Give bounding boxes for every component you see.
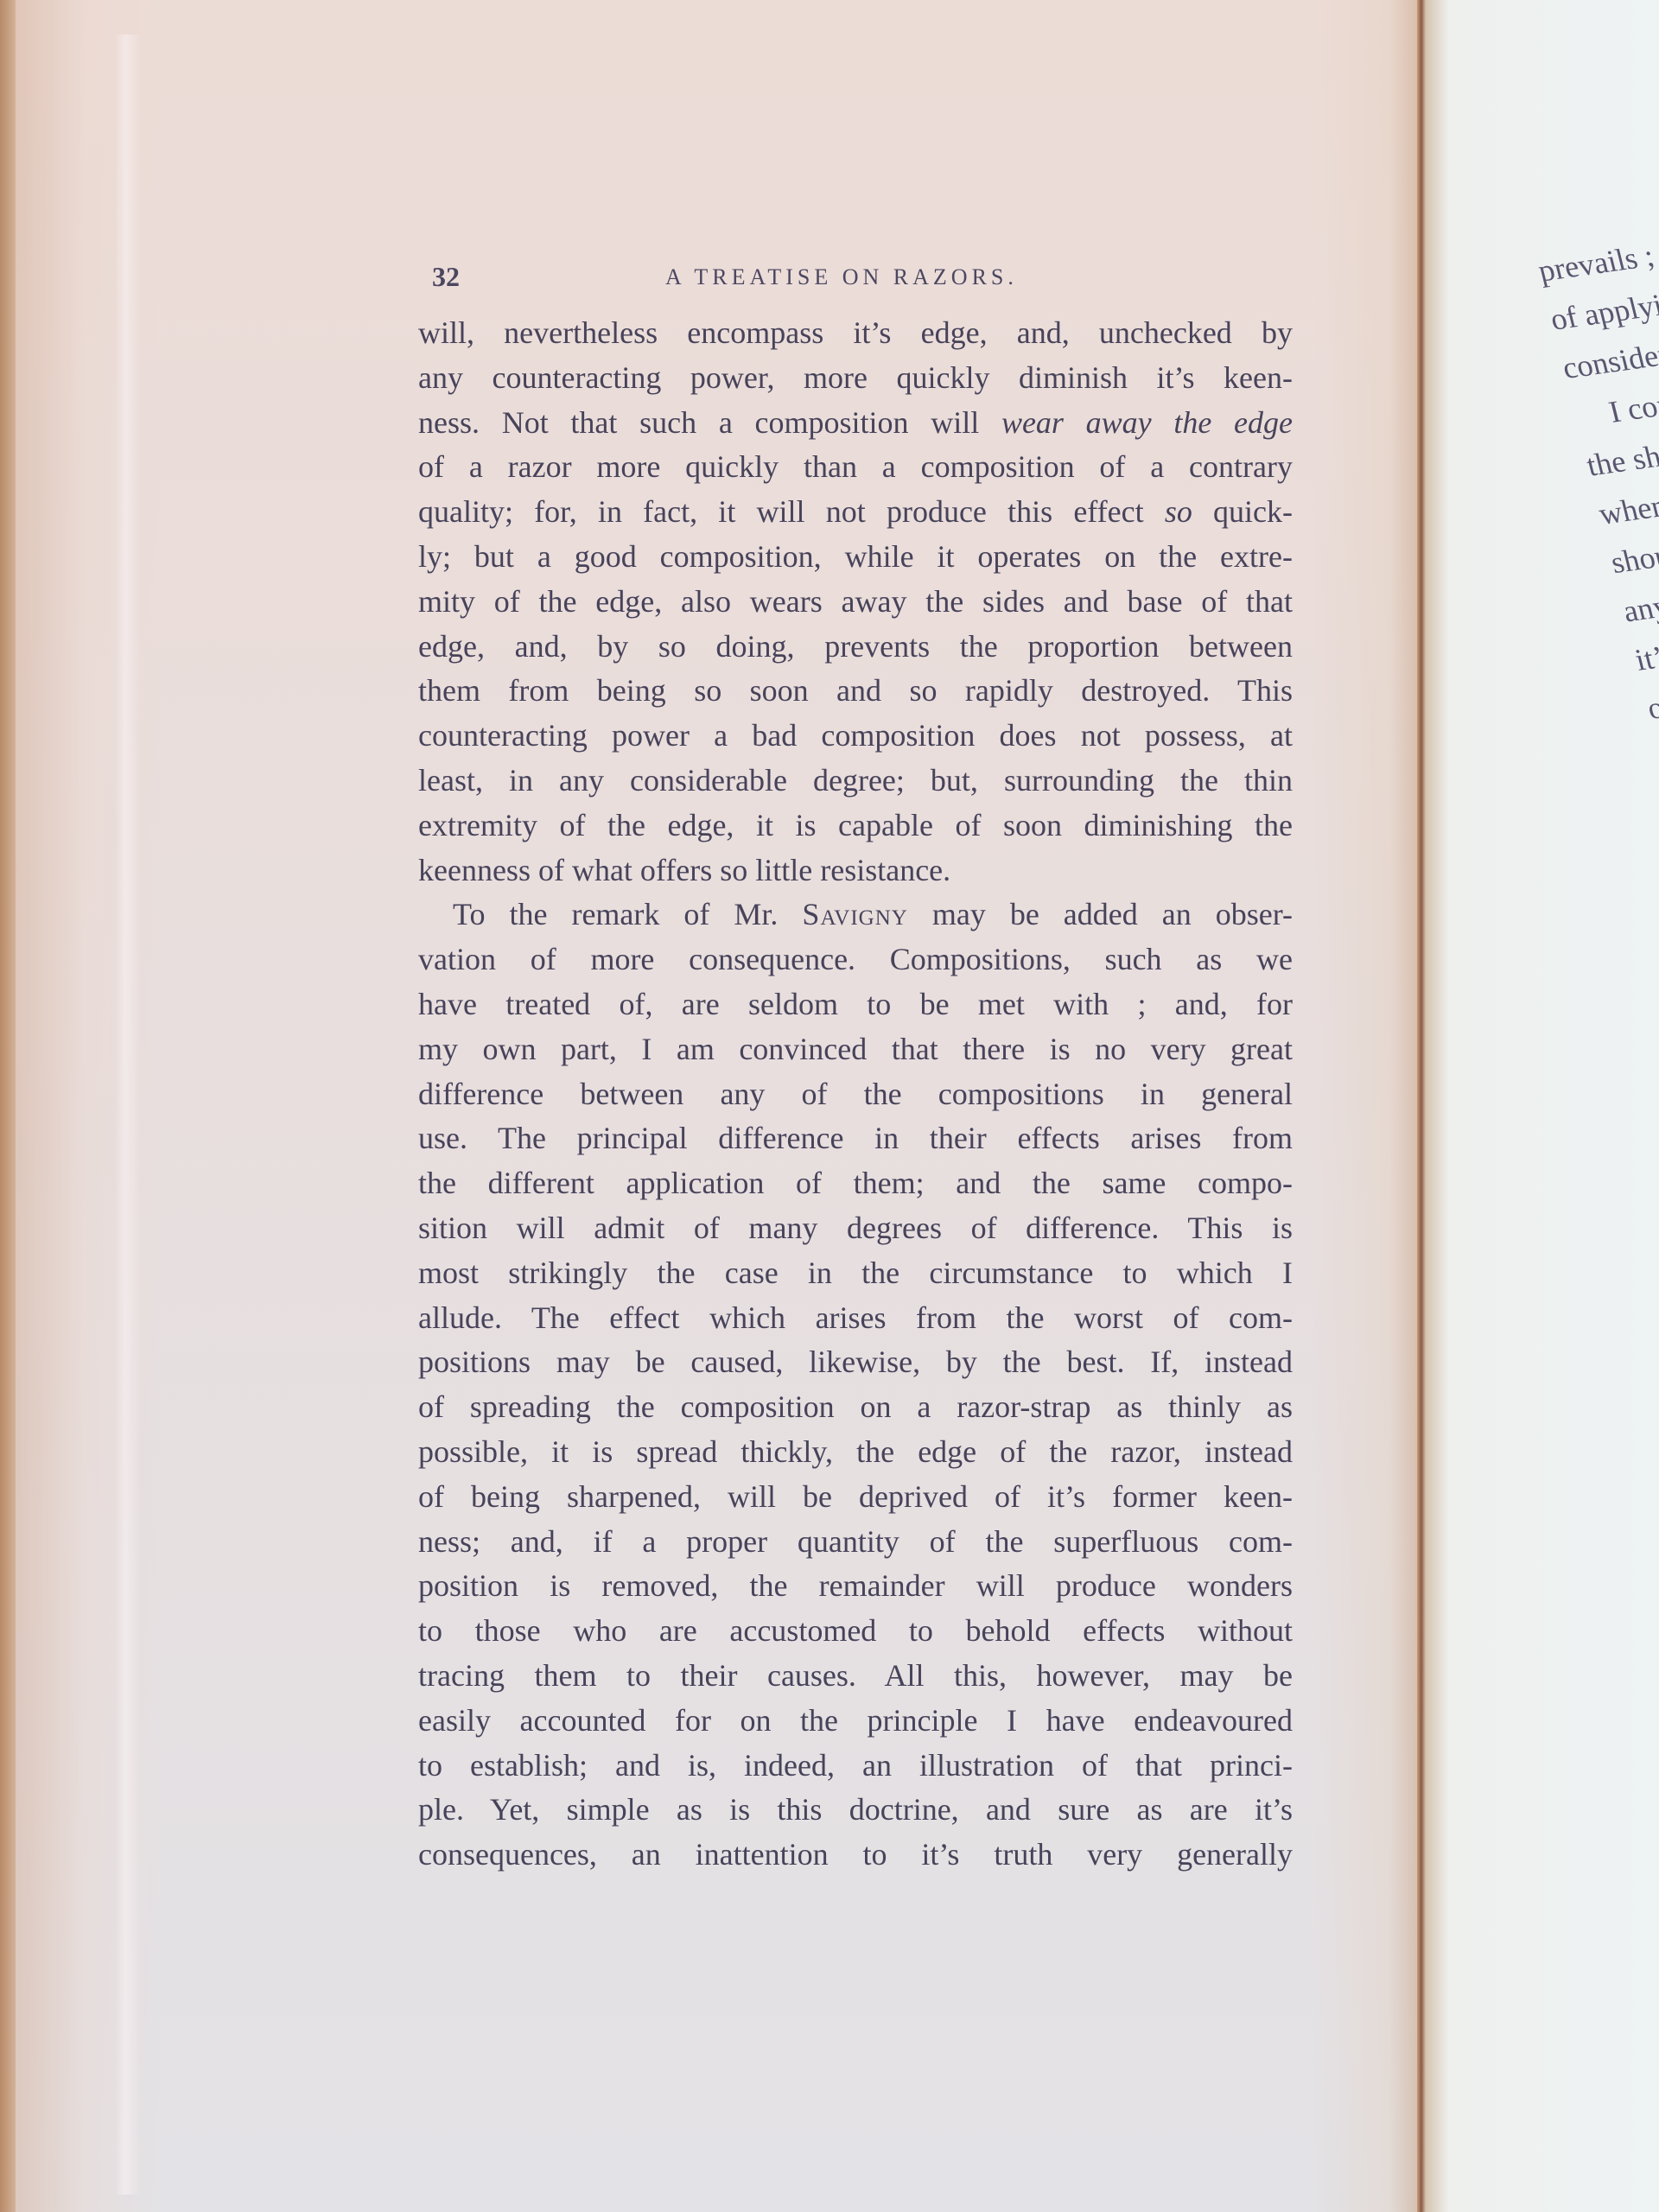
body-line: consequences, an inattention to it’s tru… — [418, 1833, 1293, 1878]
line-text: quality; for, in fact, it will not produ… — [418, 494, 1165, 529]
line-text: the different application of them; and t… — [418, 1166, 1293, 1200]
line-text: prevails ; and, though — [1535, 217, 1659, 288]
line-text: extremity of the edge, it is capable of … — [418, 808, 1293, 842]
body-line: edge, and, by so doing, prevents the pro… — [418, 625, 1293, 670]
line-text: have treated of, are seldom to be met wi… — [418, 987, 1293, 1021]
body-line: them from being so soon and so rapidly d… — [418, 669, 1293, 714]
line-text: sition will admit of many degrees of dif… — [418, 1211, 1293, 1245]
body-line: keenness of what offers so little resist… — [418, 849, 1293, 893]
line-text: may be added an obser- — [908, 897, 1293, 931]
line-text: vation of more consequence. Compositions… — [418, 942, 1293, 976]
body-line: positions may be caused, likewise, by th… — [418, 1340, 1293, 1385]
right-page: A TRE prevails ; and, thoughof applying … — [1426, 0, 1659, 2212]
line-text: any counteracting power, more quickly di… — [418, 360, 1293, 395]
line-text: ly; but a good composition, while it ope… — [418, 539, 1293, 574]
body-line: mity of the edge, also wears away the si… — [418, 580, 1293, 625]
line-text: tracing them to their causes. All this, … — [418, 1658, 1293, 1693]
body-line: to establish; and is, indeed, an illustr… — [418, 1744, 1293, 1789]
body-line: vation of more consequence. Compositions… — [418, 938, 1293, 982]
body-line: allude. The effect which arises from the… — [418, 1296, 1293, 1341]
line-text: mity of the edge, also wears away the si… — [418, 584, 1293, 619]
page-number: 32 — [432, 261, 460, 293]
body-line: will, nevertheless encompass it’s edge, … — [418, 311, 1293, 356]
line-text: ple. Yet, simple as is this doctrine, an… — [418, 1792, 1293, 1827]
body-line: possible, it is spread thickly, the edge… — [418, 1430, 1293, 1475]
body-line: position is removed, the remainder will … — [418, 1564, 1293, 1609]
body-line: most strikingly the case in the circumst… — [418, 1251, 1293, 1296]
body-line: least, in any considerable degree; but, … — [418, 759, 1293, 804]
line-text: allude. The effect which arises from the… — [418, 1300, 1293, 1335]
body-line: the different application of them; and t… — [418, 1161, 1293, 1206]
book-gutter — [1417, 0, 1426, 2212]
line-text: of spreading the composition on a razor-… — [418, 1389, 1293, 1424]
deckle-crease — [115, 35, 141, 2195]
line-text: keenness of what offers so little resist… — [418, 853, 950, 887]
line-text: my own part, I am convinced that there i… — [418, 1032, 1293, 1066]
body-line: quality; for, in fact, it will not produ… — [418, 490, 1293, 535]
line-text: to establish; and is, indeed, an illustr… — [418, 1748, 1293, 1783]
running-head: 32 A TREATISE ON RAZORS. — [432, 261, 1296, 296]
line-text: position is removed, the remainder will … — [418, 1568, 1293, 1603]
italic-text: so — [1165, 494, 1192, 529]
body-line: To the remark of Mr. Savigny may be adde… — [418, 893, 1293, 938]
italic-text: wear away the edge — [1001, 405, 1293, 440]
body-line: easily accounted for on the principle I … — [418, 1699, 1293, 1744]
body-line: extremity of the edge, it is capable of … — [418, 804, 1293, 849]
line-text: To the remark of Mr. — [453, 897, 802, 931]
body-line: of being sharpened, will be deprived of … — [418, 1475, 1293, 1520]
line-text: will, nevertheless encompass it’s edge, … — [418, 315, 1293, 350]
body-line: ple. Yet, simple as is this doctrine, an… — [418, 1788, 1293, 1833]
body-line: ness; and, if a proper quantity of the s… — [418, 1520, 1293, 1565]
line-text: them from being so soon and so rapidly d… — [418, 673, 1293, 708]
line-text: difference between any of the compositio… — [418, 1077, 1293, 1111]
line-text: positions may be caused, likewise, by th… — [418, 1344, 1293, 1379]
facing-page-text: A TRE prevails ; and, thoughof applying … — [1503, 45, 1659, 1948]
line-text: most strikingly the case in the circumst… — [418, 1255, 1293, 1290]
line-text: use. The principal difference in their e… — [418, 1121, 1293, 1155]
body-line: to those who are accustomed to behold ef… — [418, 1609, 1293, 1654]
line-text: possible, it is spread thickly, the edge… — [418, 1434, 1293, 1469]
body-line: of a razor more quickly than a compositi… — [418, 445, 1293, 490]
body-line: have treated of, are seldom to be met wi… — [418, 982, 1293, 1027]
body-line: of spreading the composition on a razor-… — [418, 1385, 1293, 1430]
line-text: quick- — [1192, 494, 1293, 529]
line-text: edge, and, by so doing, prevents the pro… — [418, 629, 1293, 664]
body-line: use. The principal difference in their e… — [418, 1116, 1293, 1161]
line-text: consequences, an inattention to it’s tru… — [418, 1837, 1293, 1872]
line-text: to those who are accustomed to behold ef… — [418, 1613, 1293, 1648]
body-line: any counteracting power, more quickly di… — [418, 356, 1293, 401]
body-text: will, nevertheless encompass it’s edge, … — [418, 311, 1293, 1878]
line-text: any — [1619, 588, 1659, 628]
line-text: least, in any considerable degree; but, … — [418, 763, 1293, 798]
body-line: counteracting power a bad composition do… — [418, 714, 1293, 759]
body-line: my own part, I am convinced that there i… — [418, 1027, 1293, 1072]
line-text: of being sharpened, will be deprived of … — [418, 1479, 1293, 1514]
line-text: ness. Not that such a composition will — [418, 405, 1001, 440]
facing-line: prevails ; and, though — [1533, 162, 1659, 296]
body-line: sition will admit of many degrees of dif… — [418, 1206, 1293, 1251]
line-text: easily accounted for on the principle I … — [418, 1703, 1293, 1738]
body-line: ness. Not that such a composition will w… — [418, 401, 1293, 446]
line-text: ness; and, if a proper quantity of the s… — [418, 1524, 1293, 1559]
small-caps-name: Savigny — [802, 897, 907, 931]
line-text: counteracting power a bad composition do… — [418, 718, 1293, 753]
body-line: tracing them to their causes. All this, … — [418, 1654, 1293, 1699]
line-text: of a razor more quickly than a compositi… — [418, 449, 1293, 484]
running-title: A TREATISE ON RAZORS. — [665, 264, 1018, 290]
body-line: difference between any of the compositio… — [418, 1072, 1293, 1117]
body-line: ly; but a good composition, while it ope… — [418, 535, 1293, 580]
